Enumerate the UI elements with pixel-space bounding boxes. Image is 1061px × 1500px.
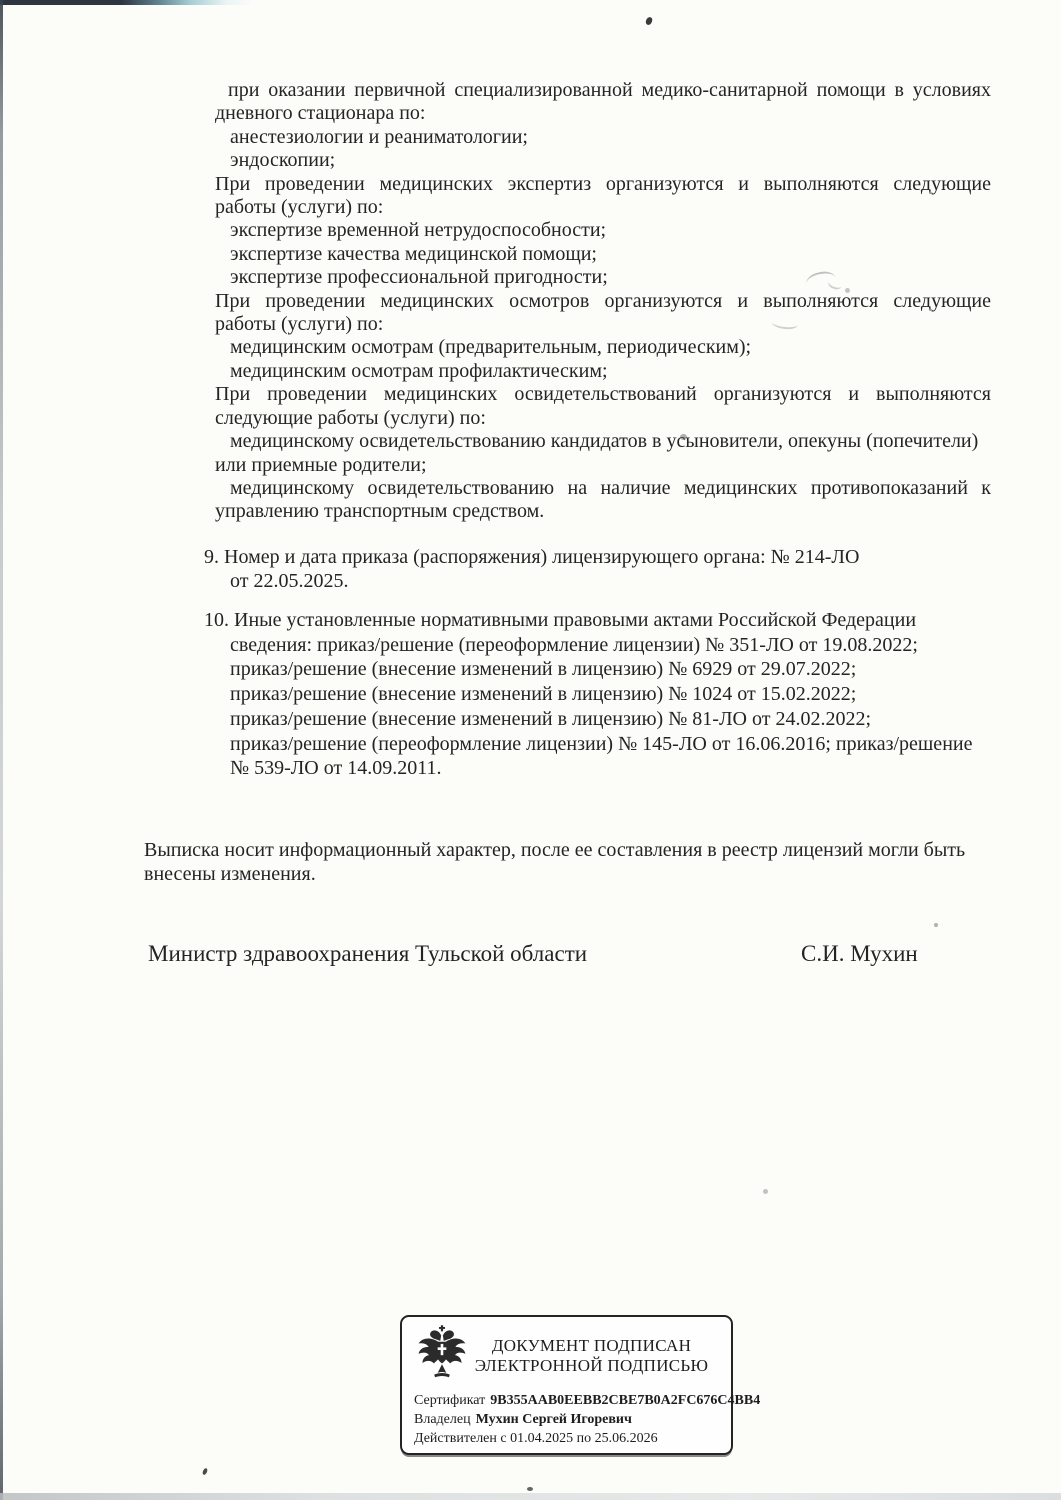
document-line: приказ/решение (внесение изменений в лиц… [204, 707, 1016, 732]
scanned-license-extract-page: при оказании первичной специализированно… [0, 0, 1061, 1500]
document-line: или приемные родители; [215, 454, 991, 477]
document-line: сведения: приказ/решение (переоформление… [204, 633, 1016, 658]
electronic-signature-stamp: ДОКУМЕНТ ПОДПИСАН ЭЛЕКТРОННОЙ ПОДПИСЬЮ С… [400, 1315, 733, 1455]
stamp-title-line1: ДОКУМЕНТ ПОДПИСАН [492, 1336, 691, 1355]
document-line: от 22.05.2025. [204, 569, 1004, 593]
document-line: управлению транспортным средством. [215, 500, 991, 523]
document-line: при оказании первичной специализированно… [215, 79, 991, 102]
document-line: работы (услуги) по: [215, 313, 991, 336]
signer-name: С.И. Мухин [801, 941, 918, 967]
document-line: При проведении медицинских осмотров орга… [215, 290, 991, 313]
document-line: приказ/решение (внесение изменений в лиц… [204, 657, 1016, 682]
stamp-title: ДОКУМЕНТ ПОДПИСАН ЭЛЕКТРОННОЙ ПОДПИСЬЮ [468, 1336, 719, 1376]
document-line: медицинским осмотрам (предварительным, п… [215, 336, 991, 359]
document-line: дневного стационара по: [215, 102, 991, 125]
section-10-other-info: 10. Иные установленные нормативными прав… [204, 608, 1016, 781]
document-line: приказ/решение (переоформление лицензии)… [204, 732, 1016, 757]
license-works-list: при оказании первичной специализированно… [215, 79, 991, 524]
scan-edge-bottom [0, 1493, 1061, 1500]
certificate-value: 9B355AAB0EEBB2CBE7B0A2FC676C4BB4 [490, 1393, 760, 1408]
owner-line: ВладелецМухин Сергей Игоревич [414, 1410, 719, 1429]
scan-speck [645, 16, 653, 25]
signer-position: Министр здравоохранения Тульской области [148, 941, 587, 967]
document-line: Выписка носит информационный характер, п… [144, 838, 1024, 862]
certificate-line: Сертификат9B355AAB0EEBB2CBE7B0A2FC676C4B… [414, 1391, 719, 1410]
certificate-label: Сертификат [414, 1393, 485, 1408]
owner-label: Владелец [414, 1412, 471, 1427]
section-9-order-number: 9. Номер и дата приказа (распоряжения) л… [204, 545, 1004, 594]
scan-speck [763, 1189, 768, 1194]
informational-note: Выписка носит информационный характер, п… [144, 838, 1024, 886]
document-line: № 539-ЛО от 14.09.2011. [204, 756, 1016, 781]
scan-speck [202, 1467, 209, 1475]
document-line: медицинскому освидетельствованию на нали… [215, 477, 991, 500]
document-line: эндоскопии; [215, 149, 991, 172]
document-line: При проведении медицинских освидетельств… [215, 383, 991, 406]
document-line: внесены изменения. [144, 862, 1024, 886]
owner-value: Мухин Сергей Игоревич [476, 1412, 632, 1427]
document-line: экспертизе профессиональной пригодности; [215, 266, 991, 289]
document-line: анестезиологии и реаниматологии; [215, 126, 991, 149]
validity-line: Действителен с 01.04.2025 по 25.06.2026 [414, 1429, 719, 1448]
document-line: работы (услуги) по: [215, 196, 991, 219]
document-line: 10. Иные установленные нормативными прав… [204, 608, 1016, 633]
document-line: медицинским осмотрам профилактическим; [215, 360, 991, 383]
double-headed-eagle-icon [416, 1325, 468, 1386]
document-line: медицинскому освидетельствованию кандида… [215, 430, 991, 453]
document-line: экспертизе качества медицинской помощи; [215, 243, 991, 266]
document-line: При проведении медицинских экспертиз орг… [215, 173, 991, 196]
stamp-header: ДОКУМЕНТ ПОДПИСАН ЭЛЕКТРОННОЙ ПОДПИСЬЮ [414, 1325, 719, 1386]
stamp-title-line2: ЭЛЕКТРОННОЙ ПОДПИСЬЮ [475, 1356, 709, 1375]
scan-speck [934, 923, 938, 927]
document-line: 9. Номер и дата приказа (распоряжения) л… [204, 545, 1004, 569]
document-line: приказ/решение (внесение изменений в лиц… [204, 682, 1016, 707]
document-line: следующие работы (услуги) по: [215, 407, 991, 430]
scan-edge-top [0, 0, 252, 5]
scan-speck [527, 1487, 533, 1491]
document-line: экспертизе временной нетрудоспособности; [215, 219, 991, 242]
scan-edge-left [0, 0, 3, 1500]
stamp-details: Сертификат9B355AAB0EEBB2CBE7B0A2FC676C4B… [414, 1391, 719, 1448]
